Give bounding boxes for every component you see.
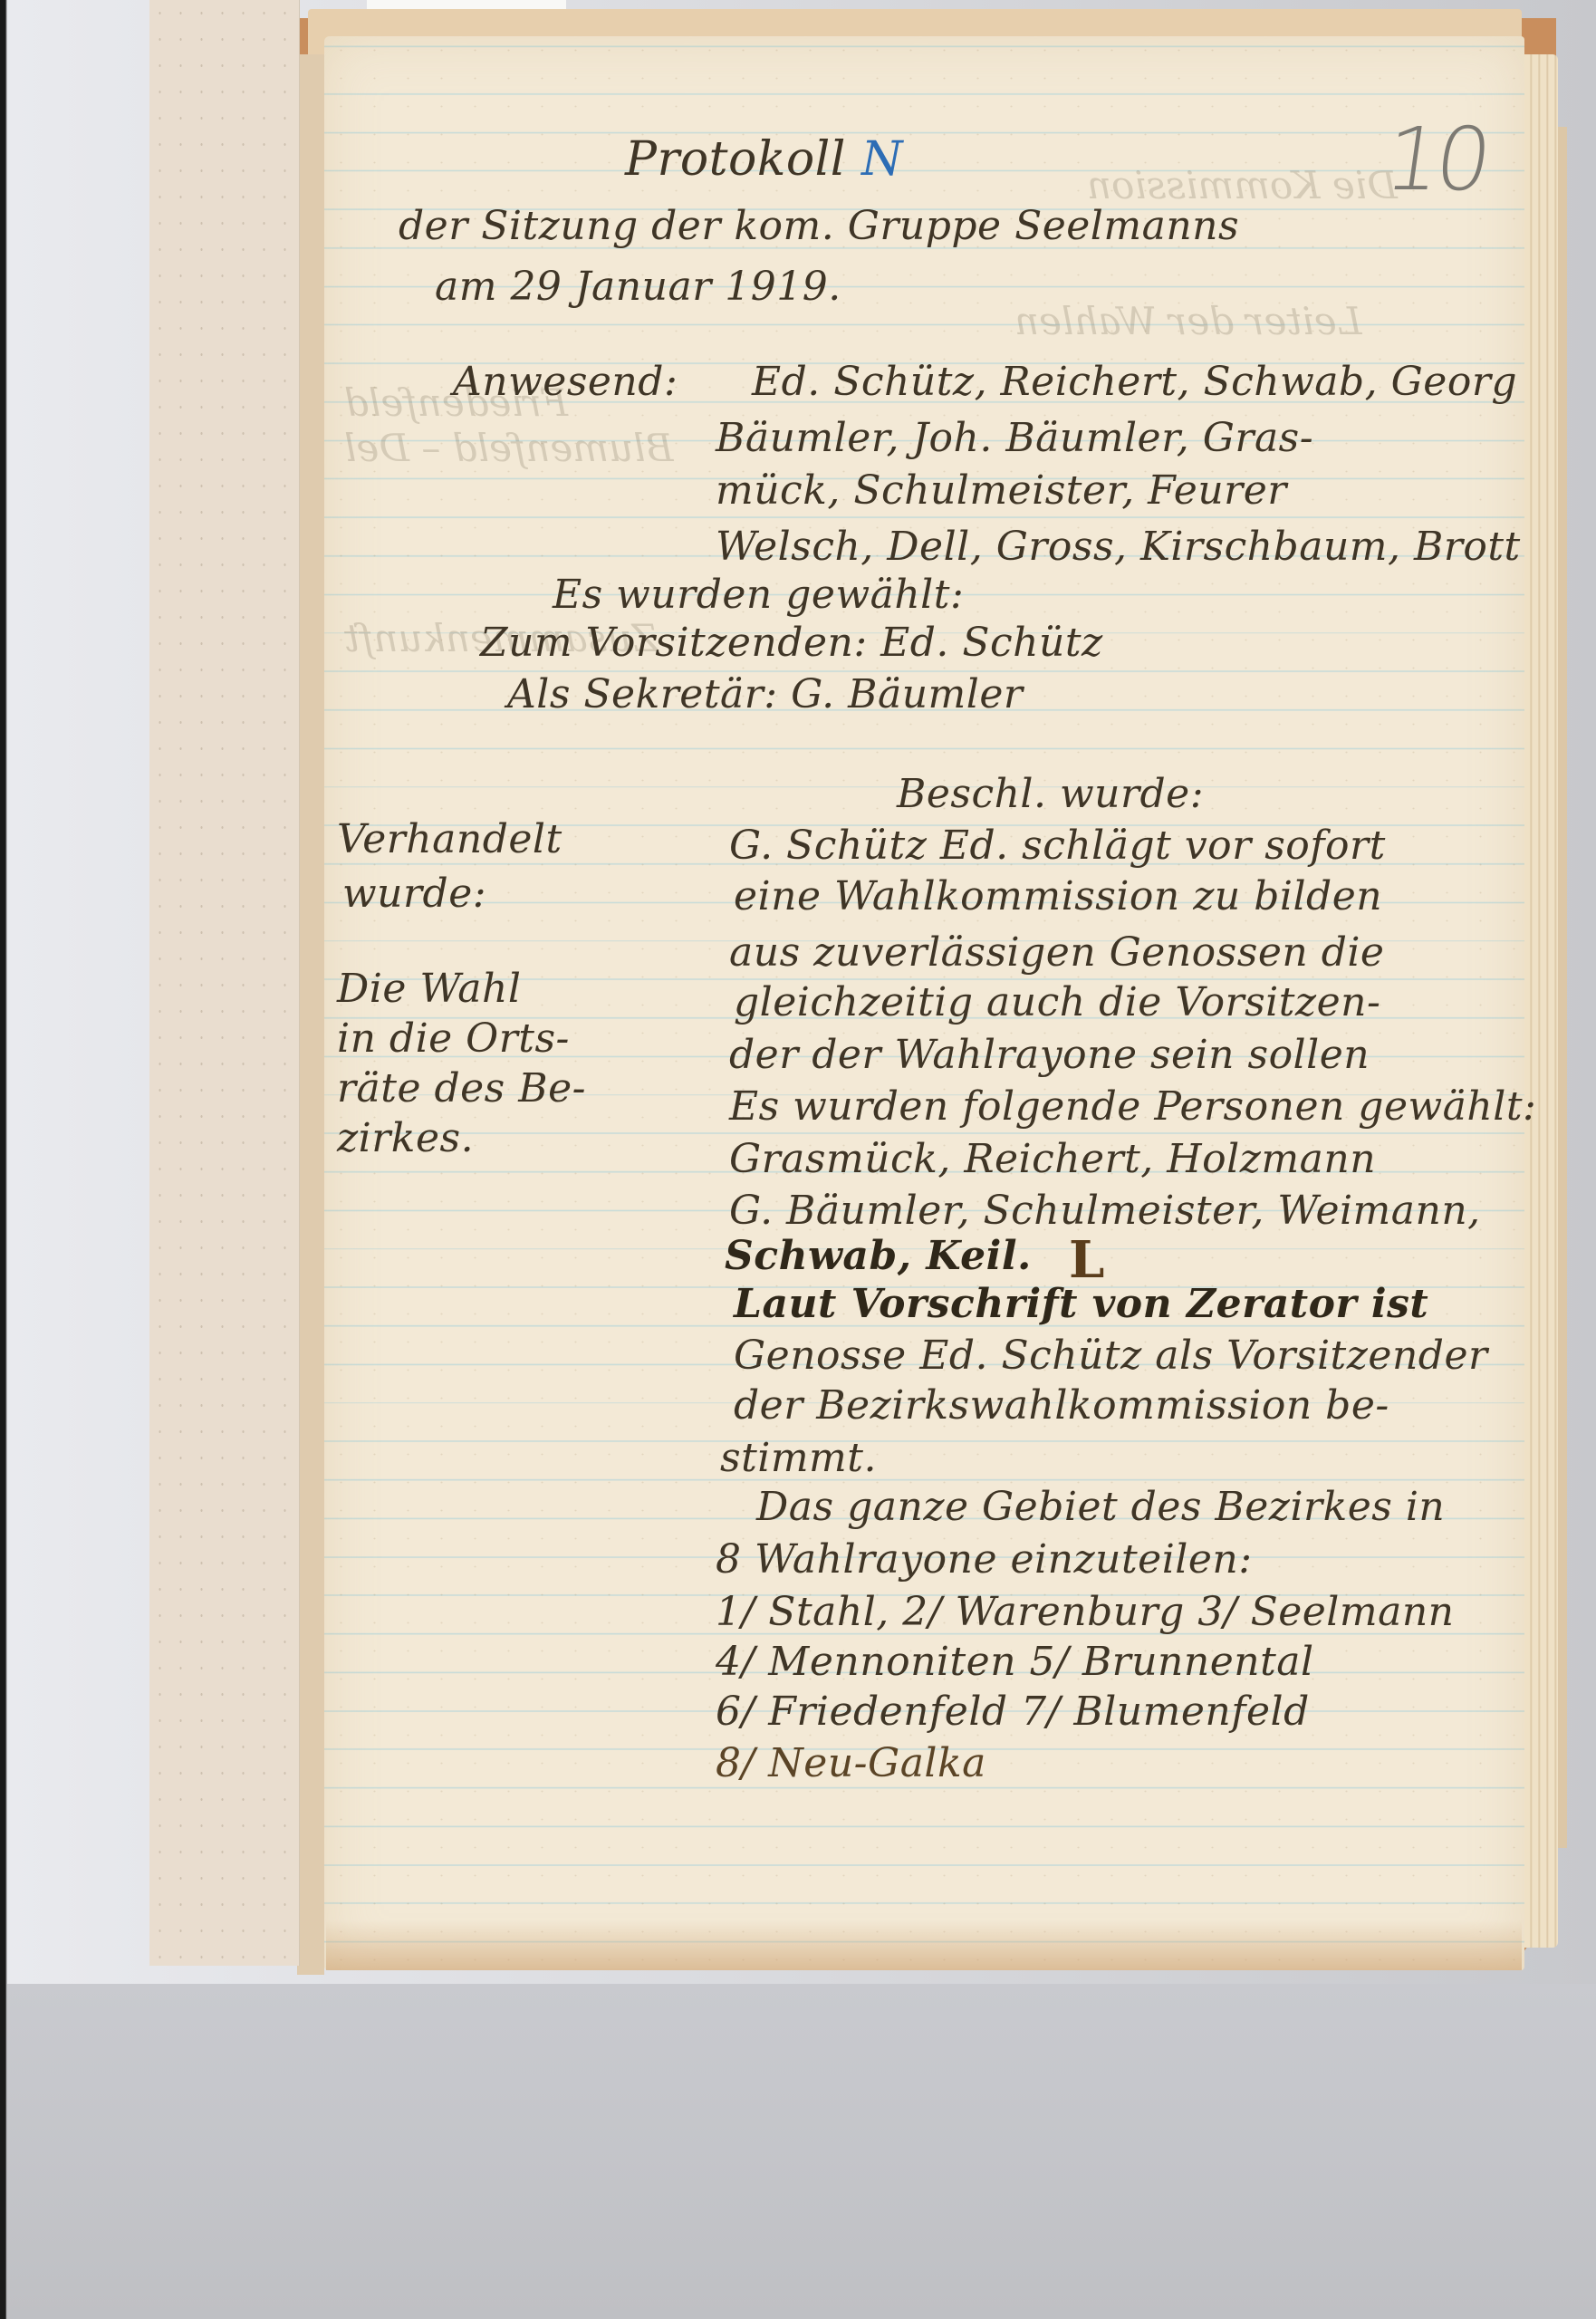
chair-elected: Zum Vorsitzenden: Ed. Schütz (480, 623, 1103, 663)
binding-inner-edge (297, 54, 324, 1975)
body-line: der der Wahlrayone sein sollen (729, 1035, 1370, 1075)
body-line: Laut Vorschrift von Zerator ist (734, 1285, 1428, 1324)
attendance-line: Bäumler, Joh. Bäumler, Gras- (716, 419, 1313, 458)
bleed-through-text: Leiter der Wahlen (1014, 299, 1361, 343)
scanner-background (7, 1984, 1596, 2319)
discussed-label: Verhandelt (337, 820, 562, 860)
body-line: Das ganze Gebiet des Bezirkes in (756, 1487, 1445, 1527)
document-title: Protokoll N (625, 136, 903, 183)
page-edge-stain (326, 1920, 1522, 1970)
body-line: eine Wahlkommission zu bilden (734, 877, 1382, 917)
body-line: Schwab, Keil. (725, 1236, 1032, 1276)
agenda-topic: räte des Be- (337, 1069, 586, 1109)
body-line: aus zuverlässigen Genossen die (729, 933, 1384, 973)
title-text: Protokoll (625, 132, 846, 187)
meeting-subtitle: der Sitzung der kom. Gruppe Seelmanns (399, 207, 1239, 246)
body-line: stimmt. (720, 1439, 877, 1478)
body-line: 8 Wahlrayone einzuteilen: (716, 1540, 1253, 1580)
cardboard-binding-strip (149, 0, 300, 1966)
body-line: G. Bäumler, Schulmeister, Weimann, (729, 1191, 1481, 1231)
body-line: 6/ Friedenfeld 7/ Blumenfeld (716, 1692, 1310, 1732)
body-line: der Bezirkswahlkommission be- (734, 1386, 1389, 1426)
body-line: Genosse Ed. Schütz als Vorsitzender (734, 1336, 1488, 1376)
body-line: gleichzeitig auch die Vorsitzen- (734, 983, 1380, 1023)
body-line: 1/ Stahl, 2/ Warenburg 3/ Seelmann (716, 1593, 1455, 1632)
discussed-label: wurde: (342, 874, 486, 914)
agenda-topic: zirkes. (337, 1119, 474, 1159)
body-line: 4/ Mennoniten 5/ Brunnental (716, 1642, 1314, 1682)
resolution-heading: Beschl. wurde: (897, 775, 1204, 814)
folio-number: 10 (1379, 109, 1493, 210)
body-line: 8/ Neu-Galka (716, 1744, 986, 1784)
body-line: Es wurden folgende Personen gewählt: (729, 1087, 1536, 1127)
secretary-elected: Als Sekretär: G. Bäumler (507, 675, 1023, 715)
elections-heading: Es wurden gewählt: (553, 575, 964, 615)
meeting-date: am 29 Januar 1919. (435, 267, 841, 307)
body-line: G. Schütz Ed. schlägt vor sofort (729, 826, 1386, 866)
agenda-topic: Die Wahl (337, 969, 521, 1009)
attendance-line: mück, Schulmeister, Feurer (716, 471, 1287, 511)
attendance-line: Ed. Schütz, Reichert, Schwab, Georg (752, 362, 1517, 402)
attendance-line: Welsch, Dell, Gross, Kirschbaum, Brott (716, 527, 1521, 567)
attendance-label: Anwesend: (453, 362, 678, 402)
bleed-through-text: Blumenfeld – Del (344, 426, 673, 470)
agenda-topic: in die Orts- (337, 1019, 570, 1059)
blue-pencil-number-mark: N (861, 132, 903, 187)
bleed-through-text: Die Kommission (1087, 163, 1398, 207)
body-line: Grasmück, Reichert, Holzmann (729, 1140, 1376, 1179)
